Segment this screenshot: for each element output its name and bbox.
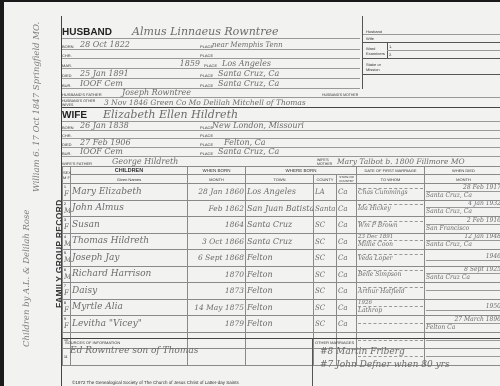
child-row: 7FDaisy1873FeltonSCCaArthur Hatfield	[63, 283, 500, 300]
husband-mar-row: Mar. 1859 Place Los Angeles	[62, 59, 360, 69]
child-number: 9F	[63, 316, 71, 333]
child-row: 3FSusan1864Santa CruzSCCaWm P Brown2 Feb…	[63, 217, 500, 234]
child-died: 12 Jan 1948Santa Cruz, Ca	[425, 233, 500, 250]
husband-born: 28 Oct 1822	[80, 40, 200, 49]
child-died: 27 March 1896Felton Ca	[425, 316, 500, 333]
child-row: 6MRichard Harrison1870FeltonSCCaBelle Si…	[63, 266, 500, 283]
child-state: Ca	[337, 233, 357, 250]
child-county: SC	[314, 283, 337, 300]
other-marriage-1: #8 Martin Friberg	[320, 347, 405, 357]
sources-text: Ed Rowntree son of Thomas	[70, 346, 198, 356]
child-marriage: Chas Cummings	[357, 184, 425, 201]
child-row: 5MJoseph Jay6 Sept 1868FeltonSCCaVeda Lo…	[63, 250, 500, 267]
husband-label: HUSBAND	[62, 27, 112, 38]
child-town: Santa Cruz	[246, 217, 314, 234]
husband-father: Joseph Rowntree	[122, 88, 322, 97]
child-marriage: Veda Loper	[357, 250, 425, 267]
child-state: Ca	[337, 299, 357, 316]
husband-bur-place: Santa Cruz, Ca	[218, 79, 279, 88]
child-state: Ca	[337, 316, 357, 333]
child-row: 8FMyrtle Alia14 May 1875FeltonSCCa1926La…	[63, 299, 500, 316]
husband-name-row: HUSBAND Almus Linnaeus Rowntree	[62, 24, 360, 39]
child-name: Myrtle Alia	[71, 299, 188, 316]
child-born: 1870	[188, 266, 246, 283]
child-county: SC	[314, 233, 337, 250]
child-died: 1946	[425, 250, 500, 267]
child-state: Ca	[337, 200, 357, 217]
child-town: Felton	[246, 266, 314, 283]
child-name: John Almus	[71, 200, 188, 217]
children-table: SEX M F CHILDREN WHEN BORN WHERE BORN DA…	[62, 166, 500, 366]
child-county: SC	[314, 316, 337, 333]
child-number: 5M	[63, 250, 71, 267]
child-marriage: Wm P Brown	[357, 217, 425, 234]
child-name: Richard Harrison	[71, 266, 188, 283]
child-died: 1950	[425, 299, 500, 316]
child-died: 2 Feb 1916San Francisco	[425, 217, 500, 234]
child-name: Joseph Jay	[71, 250, 188, 267]
child-born: 14 May 1875	[188, 299, 246, 316]
other-marriages-label: OTHER MARRIAGES	[315, 340, 354, 345]
wife-name-row: WIFE Elizabeth Ellen Hildreth	[62, 108, 500, 122]
child-name: Mary Elizabeth	[71, 184, 188, 201]
child-state: Ca	[337, 184, 357, 201]
husband-died: 25 Jan 1891	[80, 69, 200, 78]
child-died	[425, 332, 500, 349]
child-marriage	[357, 316, 425, 333]
wife-bur: IOOF Cem	[80, 147, 200, 156]
child-marriage: 1926Lathrop	[357, 299, 425, 316]
child-born: 28 Jan 1860	[188, 184, 246, 201]
wife-born-row: Born 26 Jan 1838 Place New London, Misso…	[62, 122, 500, 131]
husband-other-wives: 3 Nov 1846 Green Co Mo Delilah Mitchell …	[104, 98, 306, 107]
husband-bur: IOOF Cem	[80, 79, 200, 88]
wife-name: Elizabeth Ellen Hildreth	[103, 108, 238, 121]
husband-father-row: HUSBAND'S FATHER Joseph Rowntree HUSBAND…	[62, 89, 500, 98]
child-died: 8 Sept 1925Santa Cruz Ca	[425, 266, 500, 283]
child-number: 7F	[63, 283, 71, 300]
wife-father: George Hildreth	[112, 157, 317, 166]
child-number: 6M	[63, 266, 71, 283]
child-row: 4MThomas Hildreth3 Oct 1866Santa CruzSCC…	[63, 233, 500, 250]
child-died: 4 Jan 1932Santa Cruz, Ca	[425, 200, 500, 217]
margin-note-top: William 6. 17 Oct 1847 Springfield MO.	[32, 22, 42, 192]
child-county: SC	[314, 217, 337, 234]
child-name: Daisy	[71, 283, 188, 300]
child-town: Felton	[246, 299, 314, 316]
wife-born-place: New London, Missouri	[212, 121, 304, 130]
child-born: Feb 1862	[188, 200, 246, 217]
husband-name: Almus Linnaeus Rowntree	[132, 25, 279, 38]
child-born: 1864	[188, 217, 246, 234]
child-died	[425, 283, 500, 300]
child-number: 8F	[63, 299, 71, 316]
sources-label: SOURCES OF INFORMATION	[65, 340, 120, 345]
wife-died-place: Felton, Ca	[224, 138, 266, 147]
child-county: SC	[314, 266, 337, 283]
child-town: Felton	[246, 283, 314, 300]
husband-died-row: Died 25 Jan 1891 Place Santa Cruz, Ca	[62, 69, 360, 79]
child-state: Ca	[337, 217, 357, 234]
child-born: 6 Sept 1868	[188, 250, 246, 267]
wife-mother: Mary Talbot b. 1800 Fillmore MO	[337, 157, 465, 166]
margin-note-bottom: Children by A.L. & Delilah Rose	[22, 210, 32, 347]
wife-label: WIFE	[62, 110, 87, 121]
other-marriage-2: #7 John Defner when 80 yrs	[320, 360, 450, 370]
husband-born-row: Born 28 Oct 1822 Place near Memphis Tenn	[62, 40, 360, 50]
child-town	[246, 349, 314, 366]
child-marriage: Ida Hickey	[357, 200, 425, 217]
child-born: 1873	[188, 283, 246, 300]
copyright: ©1972 The Genealogical Society of The Ch…	[72, 380, 239, 385]
child-died: 28 Feb 1917Santa Cruz, Ca	[425, 184, 500, 201]
wife-bur-row: Bur. IOOF Cem Place Santa Cruz, Ca	[62, 148, 500, 157]
husband-chr-row: Chr. Place	[62, 50, 360, 59]
ward-stake-box: Husband Wife Ward Examiners 1. 2. Stake …	[362, 16, 500, 89]
children-header: CHILDREN	[71, 167, 188, 175]
child-row: 9FLevitha "Vicey"1879FeltonSCCa27 March …	[63, 316, 500, 333]
child-number: 2M	[63, 200, 71, 217]
child-town: San Juan Batista	[246, 200, 314, 217]
child-town: Felton	[246, 250, 314, 267]
child-number: 3F	[63, 217, 71, 234]
child-number: 1F	[63, 184, 71, 201]
child-marriage: Belle Simpson	[357, 266, 425, 283]
husband-mar: 1859	[80, 59, 204, 68]
child-row: 1FMary Elizabeth28 Jan 1860Los AngelesLA…	[63, 184, 500, 201]
wife-born: 26 Jan 1838	[80, 121, 200, 130]
child-born: 3 Oct 1866	[188, 233, 246, 250]
child-number: 4M	[63, 233, 71, 250]
child-name: Susan	[71, 217, 188, 234]
family-group-form: HUSBAND Almus Linnaeus Rowntree Born 28 …	[61, 16, 500, 386]
child-name: Thomas Hildreth	[71, 233, 188, 250]
child-name: Levitha "Vicey"	[71, 316, 188, 333]
child-state: Ca	[337, 283, 357, 300]
child-county: SC	[314, 299, 337, 316]
child-town: Los Angeles	[246, 184, 314, 201]
child-county: LA	[314, 184, 337, 201]
wife-died: 27 Feb 1906	[80, 138, 200, 147]
child-born: 1879	[188, 316, 246, 333]
child-town	[246, 332, 314, 349]
child-marriage: 23 Dec 1891Millie Coon	[357, 233, 425, 250]
child-county: Santa Clara	[314, 200, 337, 217]
husband-mar-place: Los Angeles	[222, 59, 271, 68]
child-town: Felton	[246, 316, 314, 333]
husband-born-place: near Memphis Tenn	[212, 41, 283, 49]
husband-other-wives-row: HUSBAND'S OTHER WIVES 3 Nov 1846 Green C…	[62, 98, 500, 108]
child-town: Santa Cruz	[246, 233, 314, 250]
wife-bur-place: Santa Cruz, Ca	[218, 147, 279, 156]
child-state: Ca	[337, 266, 357, 283]
child-marriage: Arthur Hatfield	[357, 283, 425, 300]
child-row: 2MJohn AlmusFeb 1862San Juan BatistaSant…	[63, 200, 500, 217]
child-state: Ca	[337, 250, 357, 267]
child-county: SC	[314, 250, 337, 267]
husband-died-place: Santa Cruz, Ca	[218, 69, 279, 78]
record-sheet: William 6. 17 Oct 1847 Springfield MO. C…	[4, 2, 500, 386]
